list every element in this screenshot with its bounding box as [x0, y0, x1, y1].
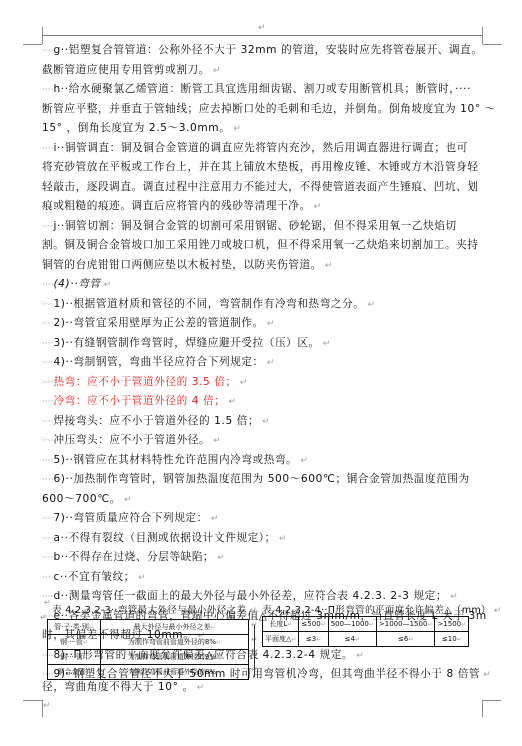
table-cell[interactable]: 为制作弯管前管道外径的8%↵: [101, 665, 249, 680]
text-line: ····g··铝塑复合管管道：公称外径不大于 32mm 的管道，安装时应先将管卷…: [42, 41, 482, 61]
crop-mark-top-right: [482, 27, 483, 44]
text-line: ····j··铜管切割：铜及铜合金管的切割可采用钢锯、砂轮锯，但不得采用氧一乙炔…: [42, 217, 482, 237]
table-cell[interactable]: 铜合金管↵: [48, 665, 101, 680]
paragraph-mark: ↵: [213, 66, 221, 76]
paragraph-mark: ↵: [483, 670, 491, 680]
paragraph-mark: ↵: [356, 651, 364, 661]
line-text: 3)··有缝钢管制作弯管时，焊缝应避开受拉（压）区。: [53, 337, 319, 349]
line-text: b··不得存在过烧、分层等缺陷；: [53, 551, 214, 563]
line-text: 6)··加热制作弯管时，钢管加热温度范围为 500～600℃；铜合金管加热温度范…: [53, 473, 469, 485]
line-text: a··不得有裂纹（目测或依据设计文件规定）；: [53, 532, 275, 544]
table-cell[interactable]: 铜····管↵: [48, 650, 101, 665]
text-line: ····1)··根据管道材质和管径的不同，弯管制作有冷弯和热弯之分。↵: [42, 295, 482, 315]
line-text: c··不宜有皱纹；: [53, 571, 135, 583]
indent-marks: ····: [42, 280, 53, 290]
text-line: 将充砂管放在平板或工作台上，并在其上铺放木垫板，再用橡皮锤、木锤或方木沿管身轻: [42, 158, 482, 178]
line-text: 截断管道应使用专用管剪或割刀。: [42, 64, 210, 76]
line-text: 痕或粗糙的痕迹。调直后应将管内的残砂等清理干净。: [42, 200, 311, 212]
text-line: 600～700℃。↵: [42, 490, 482, 510]
table-caption-left: 表 4.2.3.2-3··弯管最大外径与最小外径之差↵: [52, 602, 257, 616]
text-line: ····3)··有缝钢管制作弯管时，焊缝应避开受拉（压）区。↵: [42, 334, 482, 354]
line-text: 冲压弯头：应不小于管道外径。: [53, 434, 210, 446]
column-divider: [254, 625, 255, 677]
indent-marks: ····: [42, 397, 53, 407]
line-text: 铜管的台虎钳钳口两侧应垫以木板衬垫，以防夹伤管道。: [42, 259, 322, 271]
table-row: 钢····管↵ 为制作弯管前管道外径的8%↵: [48, 635, 249, 650]
table-cell[interactable]: ≤3↵: [299, 632, 328, 647]
paragraph-mark: ↵: [314, 202, 322, 212]
paragraph-mark: ↵: [323, 339, 331, 349]
text-line: 截断管道应使用专用管剪或割刀。↵: [42, 61, 482, 81]
indent-marks: ····: [42, 144, 53, 154]
line-text: h··给水硬聚氯乙烯管道：断管工具宜选用细齿锯、割刀或专用断管机具；断管时，··…: [53, 83, 471, 95]
table-cell[interactable]: 钢····管↵: [48, 635, 101, 650]
table-cell[interactable]: ≤10↵: [435, 632, 469, 647]
line-text: i··铜管调直：铜及铜合金管道的调直应先将管内充沙，然后用调直器进行调直；也可: [53, 142, 467, 154]
indent-marks: ····: [42, 475, 53, 485]
text-line: ····热弯：应不小于管道外径的 3.5 倍；↵: [42, 373, 482, 393]
indent-marks: ····: [42, 514, 53, 524]
text-line: 断管应平整，并垂直于管轴线；应去掉断口处的毛刺和毛边，并倒角。倒角坡度宜为 10…: [42, 100, 482, 120]
document-body[interactable]: ····g··铝塑复合管管道：公称外径不大于 32mm 的管道，安装时应先将管卷…: [42, 41, 482, 685]
line-text: 轻敲击，逐段调直。调直过程中注意用力不能过大，不得使管道表面产生锤痕、凹坑、划: [42, 181, 479, 193]
paragraph-mark: ↵: [211, 514, 219, 524]
table-cell[interactable]: ≤6↵: [376, 632, 435, 647]
table-cell[interactable]: 平面度△↵: [263, 632, 299, 647]
paragraph-mark: ↵: [40, 613, 47, 622]
line-text: 5)··钢管应在其材料特性允许范围内冷弯或热弯。: [53, 454, 297, 466]
text-line: ····5)··钢管应在其材料特性允许范围内冷弯或热弯。↵: [42, 451, 482, 471]
paragraph-mark: ↵: [44, 598, 51, 607]
line-text: j··铜管切割：铜及铜合金管的切割可采用钢锯、砂轮锯，但不得采用氧一乙炔焰切: [53, 220, 456, 232]
line-text: 2)··弯管宜采用壁厚为正公差的管道制作。: [53, 317, 263, 329]
paragraph-mark: ↵: [325, 261, 333, 271]
line-text: 焊接弯头：应不小于管道外径的 1.5 倍；: [53, 415, 259, 427]
line-text: (4)··弯管: [53, 278, 100, 290]
text-line: ····b··不得存在过烧、分层等缺陷；↵: [42, 548, 482, 568]
text-line: ····冲压弯头：应不小于管道外径。↵: [42, 431, 482, 451]
indent-marks: ····: [42, 573, 53, 583]
text-line: ····冷弯：应不小于管道外径的 4 倍；↵: [42, 392, 482, 412]
paragraph-mark: ↵: [138, 573, 146, 583]
text-line: ····7)··弯管质量应符合下列规定：↵: [42, 509, 482, 529]
line-text: 冷弯：应不小于管道外径的 4 倍；: [53, 395, 225, 407]
table-row: 铜····管↵ 为制作弯管前管道外径的9%↵: [48, 650, 249, 665]
line-text: 割。铜及铜合金管坡口加工采用锉刀或坡口机，但不得采用氧一乙炔焰来切割加工。夹持: [42, 239, 479, 251]
paragraph-mark: ↵: [233, 124, 241, 134]
paragraph-mark: ↵: [450, 592, 458, 602]
continuation-text: 径，弯曲角度不得大于 10° 。↵: [42, 679, 205, 694]
crop-mark-bottom-right: [482, 700, 483, 717]
indent-marks: ····: [42, 222, 53, 232]
line-text: 600～700℃。: [42, 493, 121, 505]
table-row: 铜合金管↵ 为制作弯管前管道外径的8%↵: [48, 665, 249, 680]
paragraph-mark: ↵: [43, 701, 51, 711]
text-line: ····6)··加热制作弯管时，钢管加热温度范围为 500～600℃；铜合金管加…: [42, 470, 482, 490]
text-line: ····c··不宜有皱纹；↵: [42, 568, 482, 588]
paragraph-mark: ↵: [368, 300, 376, 310]
indent-marks: ····: [42, 553, 53, 563]
text-line: ····h··给水硬聚氯乙烯管道：断管工具宜选用细齿锯、割刀或专用断管机具；断管…: [42, 80, 482, 100]
line-text: 15° ，倒角长度宜为 2.5～3.0mm。: [42, 122, 230, 134]
text-line: 痕或粗糙的痕迹。调直后应将管内的残砂等清理干净。↵: [42, 197, 482, 217]
paragraph-mark: ↵: [228, 397, 236, 407]
indent-marks: ····: [42, 378, 53, 388]
line-text: 将充砂管放在平板或工作台上，并在其上铺放木垫板，再用橡皮锤、木锤或方木沿管身轻: [42, 161, 479, 173]
paragraph-mark: ↵: [267, 319, 275, 329]
text-line: ····2)··弯管宜采用壁厚为正公差的管道制作。↵: [42, 314, 482, 334]
text-line: 轻敲击，逐段调直。调直过程中注意用力不能过大，不得使管道表面产生锤痕、凹坑、划: [42, 178, 482, 198]
line-text: 1)··根据管道材质和管径的不同，弯管制作有冷弯和热弯之分。: [53, 298, 364, 310]
line-text: 4)··弯制钢管，弯曲半径应符合下列规定：: [53, 356, 263, 368]
table-cell[interactable]: 长度L↵: [263, 617, 299, 632]
text-line: ····a··不得有裂纹（目测或依据设计文件规定）；↵: [42, 529, 482, 549]
indent-marks: ····: [42, 534, 53, 544]
line-text: 热弯：应不小于管道外径的 3.5 倍；: [53, 376, 236, 388]
indent-marks: ····: [42, 436, 53, 446]
header-paragraph-mark: ↵: [258, 23, 266, 33]
text-line: 铜管的台虎钳钳口两侧应垫以木板衬垫，以防夹伤管道。↵: [42, 256, 482, 276]
indent-marks: ····: [42, 456, 53, 466]
text-line: 15° ，倒角长度宜为 2.5～3.0mm。↵: [42, 119, 482, 139]
indent-marks: ····: [42, 358, 53, 368]
line-text: g··铝塑复合管管道：公称外径不大于 32mm 的管道，安装时应先将管卷展开、调…: [53, 44, 482, 56]
line-text: 7)··弯管质量应符合下列规定：: [53, 512, 207, 524]
paragraph-mark: ↵: [217, 553, 225, 563]
paragraph-mark: ↵: [279, 534, 287, 544]
header-rule: [42, 35, 482, 36]
paragraph-mark: ↵: [104, 280, 112, 290]
table-cell[interactable]: 管·子·类·别↵: [48, 620, 101, 635]
table-cell[interactable]: ≤4↵: [328, 632, 376, 647]
text-line: ····i··铜管调直：铜及铜合金管道的调直应先将管内充沙，然后用调直器进行调直…: [42, 139, 482, 159]
paragraph-mark: ↵: [213, 436, 221, 446]
bend-diameter-difference-table: 管·子·类·别↵ 最大外径与最小外径之差↵ 钢····管↵ 为制作弯管前管道外径…: [47, 619, 249, 680]
indent-marks: ····: [42, 300, 53, 310]
crop-mark-bottom-left: [23, 700, 42, 701]
crop-mark-bottom-right: [482, 700, 501, 701]
indent-marks: ····: [42, 319, 53, 329]
table-cell[interactable]: ≤500↵: [299, 617, 328, 632]
text-line: 割。铜及铜合金管坡口加工采用锉刀或坡口机，但不得采用氧一乙炔焰来切割加工。夹持: [42, 236, 482, 256]
table-caption-right: 表 4.2.3.2-4··Π形弯管的平面度允许偏差△（mm）↵: [262, 602, 502, 616]
indent-marks: ····: [42, 85, 53, 95]
table-cell[interactable]: 最大外径与最小外径之差↵: [101, 620, 249, 635]
pi-bend-flatness-table: 长度L↵ ≤500↵ 500—1000↵ >1000—1500↵ >1500↵ …: [262, 616, 469, 647]
paragraph-mark: ↵: [240, 378, 248, 388]
indent-marks: ····: [42, 417, 53, 427]
table-row: 长度L↵ ≤500↵ 500—1000↵ >1000—1500↵ >1500↵: [263, 617, 469, 632]
text-line: ····焊接弯头：应不小于管道外径的 1.5 倍；↵: [42, 412, 482, 432]
table-cell[interactable]: >1000—1500↵: [376, 617, 435, 632]
table-cell[interactable]: 为制作弯管前管道外径的8%↵: [101, 635, 249, 650]
text-line: ····4)··弯制钢管，弯曲半径应符合下列规定：↵: [42, 353, 482, 373]
indent-marks: ····: [42, 339, 53, 349]
line-text: d··测量弯管任一截面上的最大外径与最小外径差，应符合表 4.2.3. 2-3 …: [53, 590, 447, 602]
table-cell[interactable]: 为制作弯管前管道外径的9%↵: [101, 650, 249, 665]
line-text: 断管应平整，并垂直于管轴线；应去掉断口处的毛刺和毛边，并倒角。倒角坡度宜为 10…: [42, 103, 496, 115]
table-cell[interactable]: >1500↵: [435, 617, 469, 632]
table-cell[interactable]: 500—1000↵: [328, 617, 376, 632]
crop-mark-top-left: [23, 44, 42, 45]
text-line: ····(4)··弯管↵: [42, 275, 482, 295]
indent-marks: ····: [42, 46, 53, 56]
paragraph-mark: ↵: [262, 417, 270, 427]
paragraph-mark: ↵: [300, 456, 308, 466]
crop-mark-top-right: [483, 44, 502, 45]
table-header-row: 管·子·类·别↵ 最大外径与最小外径之差↵: [48, 620, 249, 635]
paragraph-mark: ↵: [124, 495, 132, 505]
table-row: 平面度△↵ ≤3↵ ≤4↵ ≤6↵ ≤10↵: [263, 632, 469, 647]
paragraph-mark: ↵: [267, 358, 275, 368]
